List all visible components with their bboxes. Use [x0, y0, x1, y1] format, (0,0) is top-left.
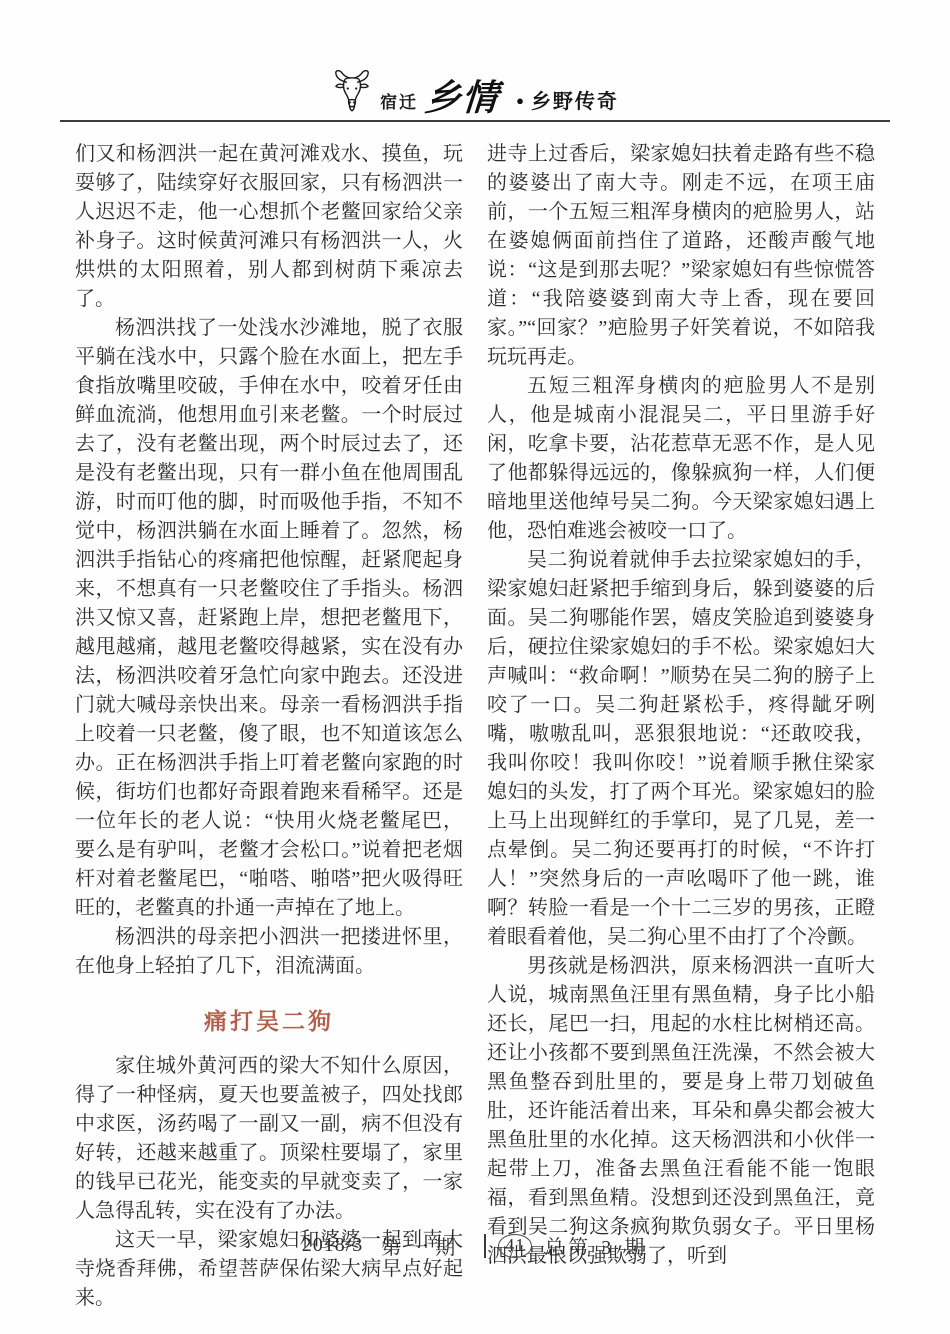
page-footer: 2018/3 第一期 41 总第 3 期	[0, 1231, 950, 1260]
ox-head-icon	[331, 69, 373, 115]
paragraph-continuation: 们又和杨泗洪一起在黄河滩戏水、摸鱼，玩耍够了，陆续穿好衣服回家，只有杨泗洪一人迟…	[75, 140, 463, 314]
paragraph: 家住城外黄河西的梁大不知什么原因，得了一种怪病，夏天也要盖被子，四处找郎中求医，…	[75, 1052, 463, 1226]
page-number: 41	[498, 1234, 532, 1258]
magazine-page: 宿迁 乡情 ● 乡野传奇 们又和杨泗洪一起在黄河滩戏水、摸鱼，玩耍够了，陆续穿好…	[0, 0, 950, 1334]
paragraph-continuation: 进寺上过香后，梁家媳妇扶着走路有些不稳的婆婆出了南大寺。刚走不远，在项王庙前，一…	[487, 140, 875, 372]
paragraph: 吴二狗说着就伸手去拉梁家媳妇的手，梁家媳妇赶紧把手缩到身后，躲到婆婆的后面。吴二…	[487, 546, 875, 952]
article-body: 们又和杨泗洪一起在黄河滩戏水、摸鱼，玩耍够了，陆续穿好衣服回家，只有杨泗洪一人迟…	[75, 140, 875, 1313]
paragraph: 杨泗洪的母亲把小泗洪一把搂进怀里，在他身上轻拍了几下，泪流满面。	[75, 923, 463, 981]
paragraph: 杨泗洪找了一处浅水沙滩地，脱了衣服平躺在浅水中，只露个脸在水面上，把左手食指放嘴…	[75, 314, 463, 923]
right-column: 进寺上过香后，梁家媳妇扶着走路有些不稳的婆婆出了南大寺。刚走不远，在项王庙前，一…	[487, 140, 875, 1313]
paragraph: 五短三粗浑身横肉的疤脸男人不是别人，他是城南小混混吴二，平日里游手好闲，吃拿卡要…	[487, 372, 875, 546]
bullet-separator-icon: ●	[516, 93, 524, 109]
issue-date: 2018/3	[302, 1234, 364, 1257]
journal-name-small: 宿迁	[380, 88, 418, 113]
page-header: 宿迁 乡情 ● 乡野传奇	[75, 70, 875, 118]
column-name: 乡野传奇	[531, 85, 619, 114]
section-heading: 痛打吴二狗	[75, 1007, 463, 1036]
total-issue-label: 总第 3 期	[544, 1231, 648, 1260]
journal-name-large: 乡情	[423, 70, 501, 121]
paragraph: 男孩就是杨泗洪，原来杨泗洪一直听大人说，城南黑鱼汪里有黑鱼精，身子比小船还长，尾…	[487, 952, 875, 1271]
footer-divider	[484, 1234, 486, 1258]
left-column: 们又和杨泗洪一起在黄河滩戏水、摸鱼，玩耍够了，陆续穿好衣服回家，只有杨泗洪一人迟…	[75, 140, 463, 1313]
issue-label: 第一期	[381, 1231, 462, 1260]
